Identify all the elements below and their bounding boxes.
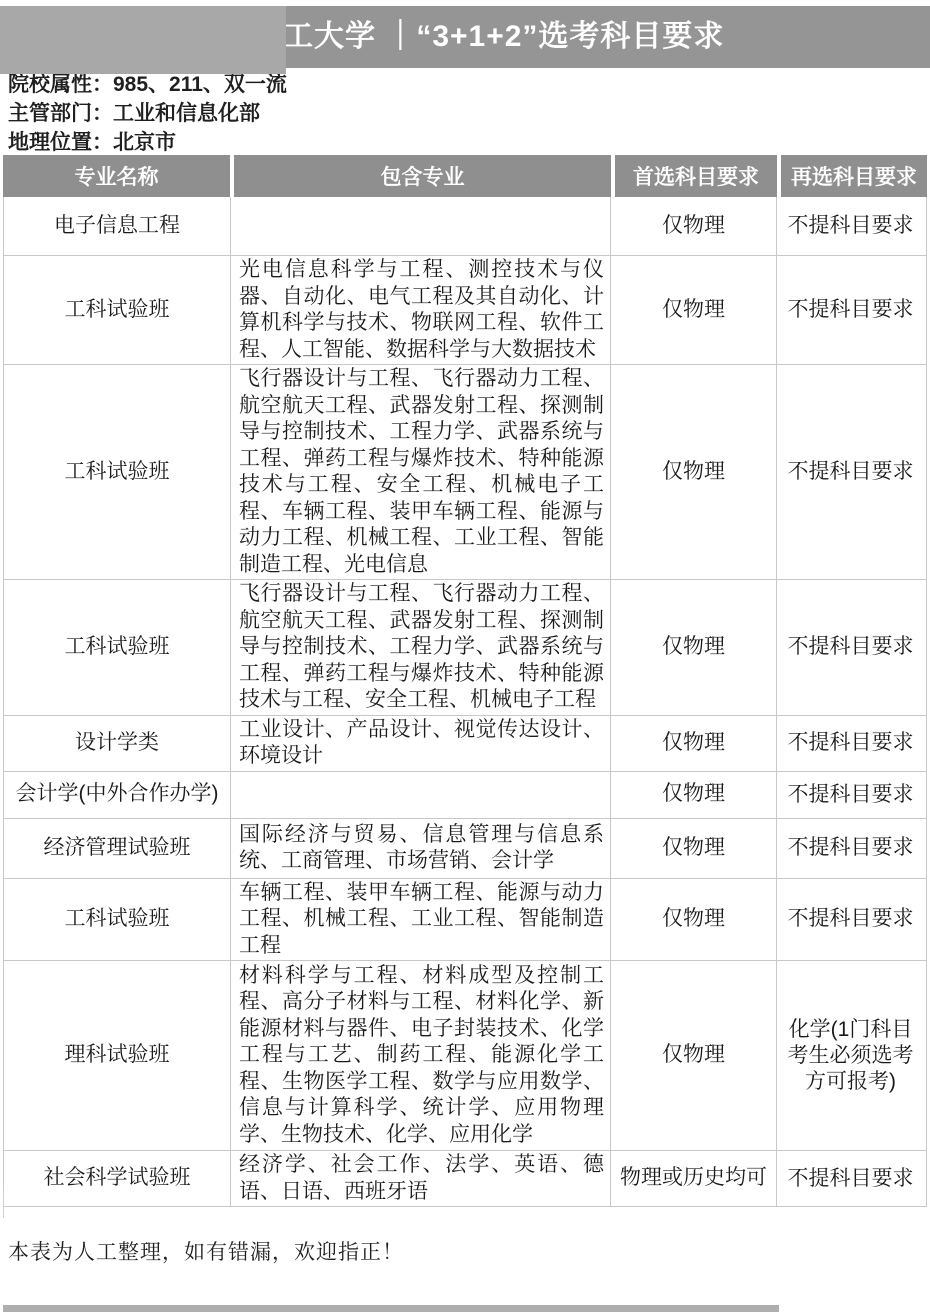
second-subject-cell: 不提科目要求	[776, 197, 924, 255]
first-subject-cell: 仅物理	[610, 580, 776, 715]
includes-cell: 飞行器设计与工程、飞行器动力工程、航空航天工程、武器发射工程、探测制导与控制技术…	[230, 580, 610, 715]
major-cell: 社会科学试验班	[4, 1151, 230, 1206]
page-title: 工大学 ｜“3+1+2”选考科目要求	[283, 6, 724, 68]
info-line-location: 地理位置：北京市	[8, 128, 608, 157]
table-row: 设计学类 工业设计、产品设计、视觉传达设计、环境设计 仅物理 不提科目要求	[4, 715, 926, 771]
major-cell: 工科试验班	[4, 879, 230, 961]
first-subject-cell: 物理或历史均可	[610, 1151, 776, 1206]
includes-cell	[230, 197, 610, 255]
table-body: 电子信息工程 仅物理 不提科目要求 工科试验班 光电信息科学与工程、测控技术与仪…	[3, 197, 927, 1207]
redaction-box	[0, 6, 286, 74]
header-included-majors: 包含专业	[234, 155, 611, 197]
subject-requirements-table: 专业名称 包含专业 首选科目要求 再选科目要求 电子信息工程 仅物理 不提科目要…	[3, 155, 927, 1207]
includes-cell: 工业设计、产品设计、视觉传达设计、环境设计	[230, 716, 610, 771]
table-row: 工科试验班 飞行器设计与工程、飞行器动力工程、航空航天工程、武器发射工程、探测制…	[4, 364, 926, 579]
first-subject-cell: 仅物理	[610, 819, 776, 878]
school-info-block: 院校属性：985、211、双一流 主管部门：工业和信息化部 地理位置：北京市	[8, 70, 608, 157]
table-row: 会计学(中外合作办学) 仅物理 不提科目要求	[4, 771, 926, 818]
major-cell: 工科试验班	[4, 365, 230, 579]
table-row: 理科试验班 材料科学与工程、材料成型及控制工程、高分子材料与工程、材料化学、新能…	[4, 960, 926, 1150]
second-subject-cell: 不提科目要求	[776, 716, 924, 771]
table-row: 经济管理试验班 国际经济与贸易、信息管理与信息系统、工商管理、市场营销、会计学 …	[4, 818, 926, 878]
table-row: 工科试验班 车辆工程、装甲车辆工程、能源与动力工程、机械工程、工业工程、智能制造…	[4, 878, 926, 961]
second-subject-cell: 不提科目要求	[776, 580, 924, 715]
footer-note: 本表为人工整理，如有错漏，欢迎指正！	[8, 1236, 404, 1266]
header-second-subject: 再选科目要求	[781, 155, 927, 197]
major-cell: 工科试验班	[4, 580, 230, 715]
includes-cell: 光电信息科学与工程、测控技术与仪器、自动化、电气工程及其自动化、计算机科学与技术…	[230, 256, 610, 364]
second-subject-cell: 不提科目要求	[776, 772, 924, 818]
table-row: 工科试验班 光电信息科学与工程、测控技术与仪器、自动化、电气工程及其自动化、计算…	[4, 255, 926, 364]
header-major-name: 专业名称	[3, 155, 230, 197]
major-cell: 理科试验班	[4, 961, 230, 1150]
first-subject-cell: 仅物理	[610, 256, 776, 364]
first-subject-cell: 仅物理	[610, 716, 776, 771]
first-subject-cell: 仅物理	[610, 365, 776, 579]
info-line-department: 主管部门：工业和信息化部	[8, 99, 608, 128]
includes-cell: 飞行器设计与工程、飞行器动力工程、航空航天工程、武器发射工程、探测制导与控制技术…	[230, 365, 610, 579]
info-line-attributes: 院校属性：985、211、双一流	[8, 70, 608, 99]
second-subject-cell: 不提科目要求	[776, 879, 924, 961]
second-subject-cell: 化学(1门科目考生必须选考方可报考)	[776, 961, 924, 1150]
first-subject-cell: 仅物理	[610, 772, 776, 818]
major-cell: 设计学类	[4, 716, 230, 771]
major-cell: 经济管理试验班	[4, 819, 230, 878]
major-cell: 会计学(中外合作办学)	[4, 772, 230, 818]
major-cell: 工科试验班	[4, 256, 230, 364]
table-header-row: 专业名称 包含专业 首选科目要求 再选科目要求	[3, 155, 927, 197]
second-subject-cell: 不提科目要求	[776, 1151, 924, 1206]
second-subject-cell: 不提科目要求	[776, 819, 924, 878]
second-subject-cell: 不提科目要求	[776, 256, 924, 364]
includes-cell: 材料科学与工程、材料成型及控制工程、高分子材料与工程、材料化学、新能源材料与器件…	[230, 961, 610, 1150]
second-subject-cell: 不提科目要求	[776, 365, 924, 579]
first-subject-cell: 仅物理	[610, 961, 776, 1150]
first-subject-cell: 仅物理	[610, 879, 776, 961]
bottom-bar	[3, 1305, 779, 1312]
includes-cell	[230, 772, 610, 818]
header-first-subject: 首选科目要求	[615, 155, 777, 197]
table-left-border-stub	[3, 1190, 4, 1218]
includes-cell: 经济学、社会工作、法学、英语、德语、日语、西班牙语	[230, 1151, 610, 1206]
table-row: 电子信息工程 仅物理 不提科目要求	[4, 197, 926, 255]
first-subject-cell: 仅物理	[610, 197, 776, 255]
major-cell: 电子信息工程	[4, 197, 230, 255]
table-row: 社会科学试验班 经济学、社会工作、法学、英语、德语、日语、西班牙语 物理或历史均…	[4, 1150, 926, 1206]
includes-cell: 国际经济与贸易、信息管理与信息系统、工商管理、市场营销、会计学	[230, 819, 610, 878]
includes-cell: 车辆工程、装甲车辆工程、能源与动力工程、机械工程、工业工程、智能制造工程	[230, 879, 610, 961]
table-row: 工科试验班 飞行器设计与工程、飞行器动力工程、航空航天工程、武器发射工程、探测制…	[4, 579, 926, 715]
